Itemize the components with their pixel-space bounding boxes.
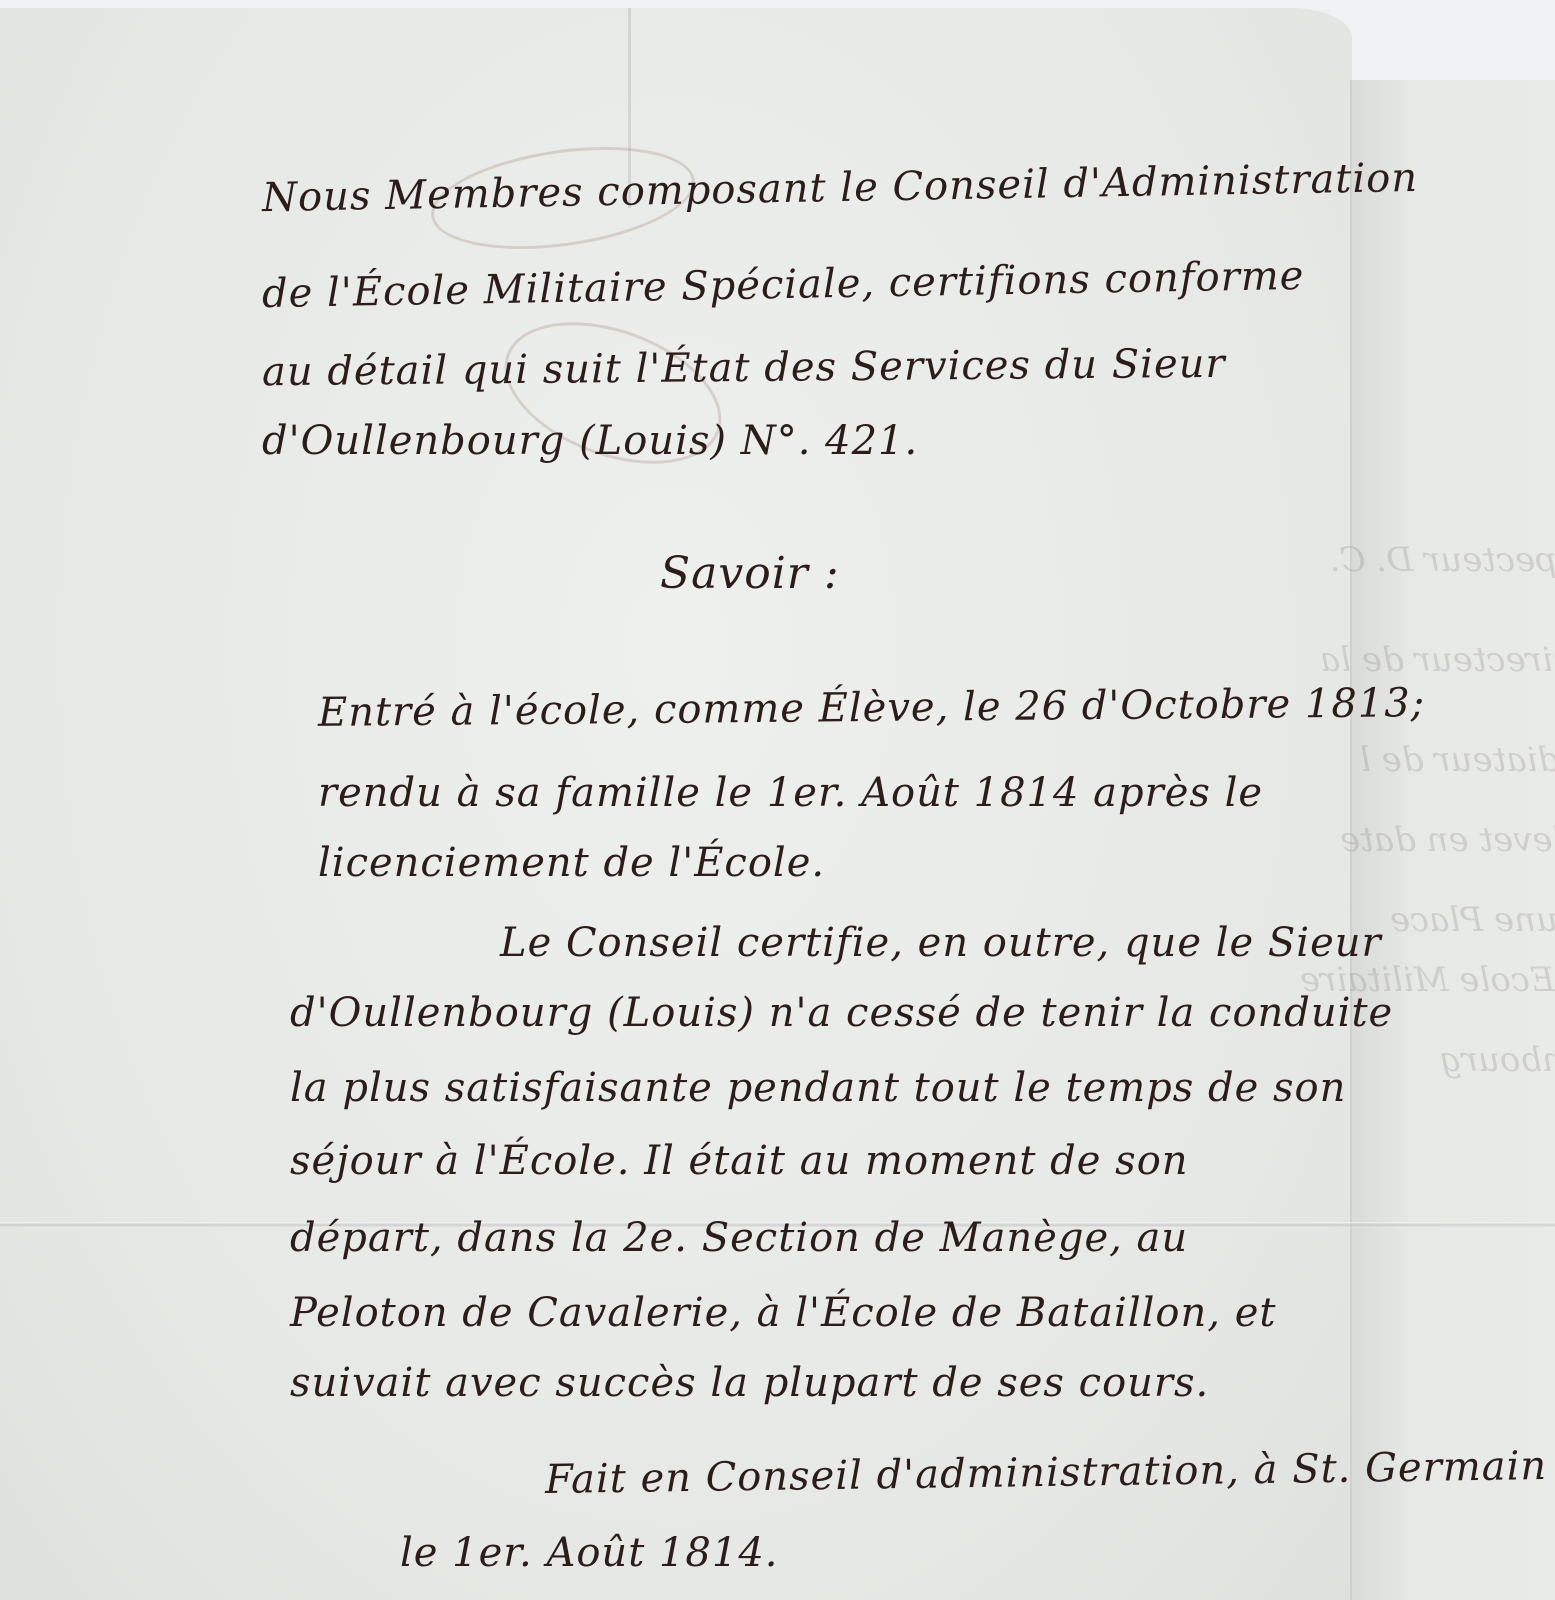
conduct-line: suivait avec succès la plupart de ses co… (290, 1360, 1209, 1406)
intro-line: au détail qui suit l'État des Services d… (262, 341, 1226, 395)
service-line: rendu à sa famille le 1er. Août 1814 apr… (318, 770, 1263, 816)
conduct-line: départ, dans la 2e. Section de Manège, a… (290, 1215, 1188, 1261)
conduct-line: d'Oullenbourg (Louis) n'a cessé de tenir… (290, 990, 1393, 1036)
bleed-through-text: nomme a une Place (1390, 900, 1555, 940)
service-line: Entré à l'école, comme Élève, le 26 d'Oc… (318, 680, 1426, 736)
bleed-through-text: Directeur de la (1320, 640, 1555, 680)
conduct-line: Peloton de Cavalerie, à l'École de Batai… (290, 1290, 1276, 1336)
section-heading: Savoir : (660, 548, 840, 599)
conduct-line: séjour à l'École. Il était au moment de … (290, 1138, 1189, 1184)
service-line: licenciement de l'École. (318, 840, 825, 886)
closing-line: le 1er. Août 1814. (400, 1530, 779, 1576)
bleed-through-text: l'Adiateur de l (1360, 740, 1555, 780)
bleed-through-text: Inspecteur D. C. (1330, 540, 1555, 580)
intro-line: d'Oullenbourg (Louis) N°. 421. (262, 418, 918, 464)
bleed-through-text: devet en date (1340, 820, 1555, 860)
bleed-through-text: d'Oullenbourg (1440, 1040, 1555, 1080)
conduct-line: Le Conseil certifie, en outre, que le Si… (500, 920, 1382, 966)
conduct-line: la plus satisfaisante pendant tout le te… (290, 1065, 1346, 1111)
